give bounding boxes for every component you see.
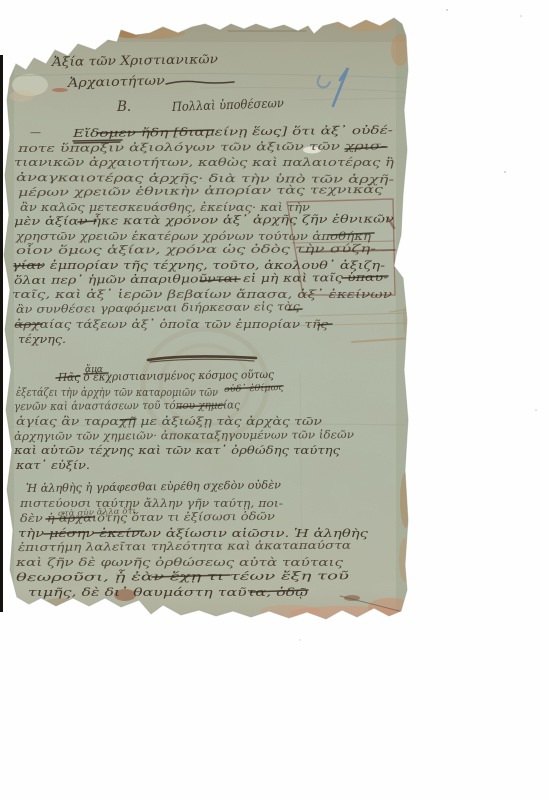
handwriting-line: τιανικῶν ἀρχαιοτήτων, καθὼς καὶ παλαιοτέ… bbox=[14, 156, 395, 169]
handwriting-line: ἂν καλῶς μετεσκευάσθης, ἐκείνας· καὶ τὴν bbox=[20, 201, 310, 214]
handwriting-line: τιμῆς, δὲ δι᾽ θαυμάστη ταῦτα, ὁδῷ bbox=[28, 586, 308, 599]
scanner-edge-strip bbox=[0, 55, 3, 612]
handwriting-line: τέχνης. bbox=[18, 333, 66, 346]
handwriting-line: ποτε ὕπαρξιν ἀξιολόγων τῶν ἀξιῶν τῶν χρι… bbox=[17, 139, 387, 155]
manuscript-page: Ἀξία τῶν Χριστιανικῶν Ἀρχαιοτήτων Β. Πολ… bbox=[0, 0, 549, 800]
indent-dash: — bbox=[30, 126, 41, 139]
handwriting-line: ἐπιστήμη λαλεῖται τηλεότητα καὶ ἀκαταπαύ… bbox=[18, 539, 352, 554]
manuscript-scan: Ἀξία τῶν Χριστιανικῶν Ἀρχαιοτήτων Β. Πολ… bbox=[0, 0, 549, 800]
handwriting-line: ἐξετάζει τὴν ἀρχὴν τῶν καταρομιῶν τῶν bbox=[16, 386, 218, 399]
handwriting-line: καὶ αὐτῶν τέχνης καὶ τῶν κατ᾽ ὀρθώδης τα… bbox=[13, 444, 341, 457]
title-line-2: Ἀρχαιοτήτων bbox=[67, 72, 166, 90]
section-letter: Β. bbox=[116, 99, 131, 115]
handwriting-line: γίαν ἐμπορίαν τῆς τέχνης, τοῦτο, ἀκολουθ… bbox=[12, 259, 385, 272]
handwriting-line: καὶ ζῆν δὲ φωνῆς ὀρθώσεως αὐτὰ ταύταις bbox=[15, 556, 345, 569]
title-line-1: Ἀξία τῶν Χριστιανικῶν bbox=[51, 51, 219, 69]
handwriting-line: δὲν ἡ ἀρχαιότης ὅταν τι ἐξίσωσι ὁδῶν bbox=[20, 510, 275, 525]
handwriting-line: ταῖς, καὶ ἀξ᾽ ἱερῶν βεβαίων ἄπασα, ἀξ᾽ ἐ… bbox=[12, 288, 392, 301]
handwriting-line: κατ᾽ εὐξίν. bbox=[15, 459, 90, 472]
handwriting-line: ἀρχαίας τάξεων ἀξ᾽ ὁποῖα τῶν ἐμπορίαν τῆ… bbox=[14, 318, 329, 331]
handwriting-line: ἀρχηγιῶν τῶν χημειῶν· ἀποκαταξηγουμένων … bbox=[14, 428, 354, 443]
handwriting-line: χρηστῶν χρειῶν ἑκατέρων χρόνων τούτων ἀπ… bbox=[15, 230, 372, 243]
handwriting-line: ἁγίας ἂν ταραχῇ με ἀξιώξῃ τὰς ἀρχὰς τῶν bbox=[16, 415, 322, 428]
margin-chevron-mark: › bbox=[4, 574, 8, 587]
paper-sheet: Ἀξία τῶν Χριστιανικῶν Ἀρχαιοτήτων Β. Πολ… bbox=[0, 14, 418, 626]
